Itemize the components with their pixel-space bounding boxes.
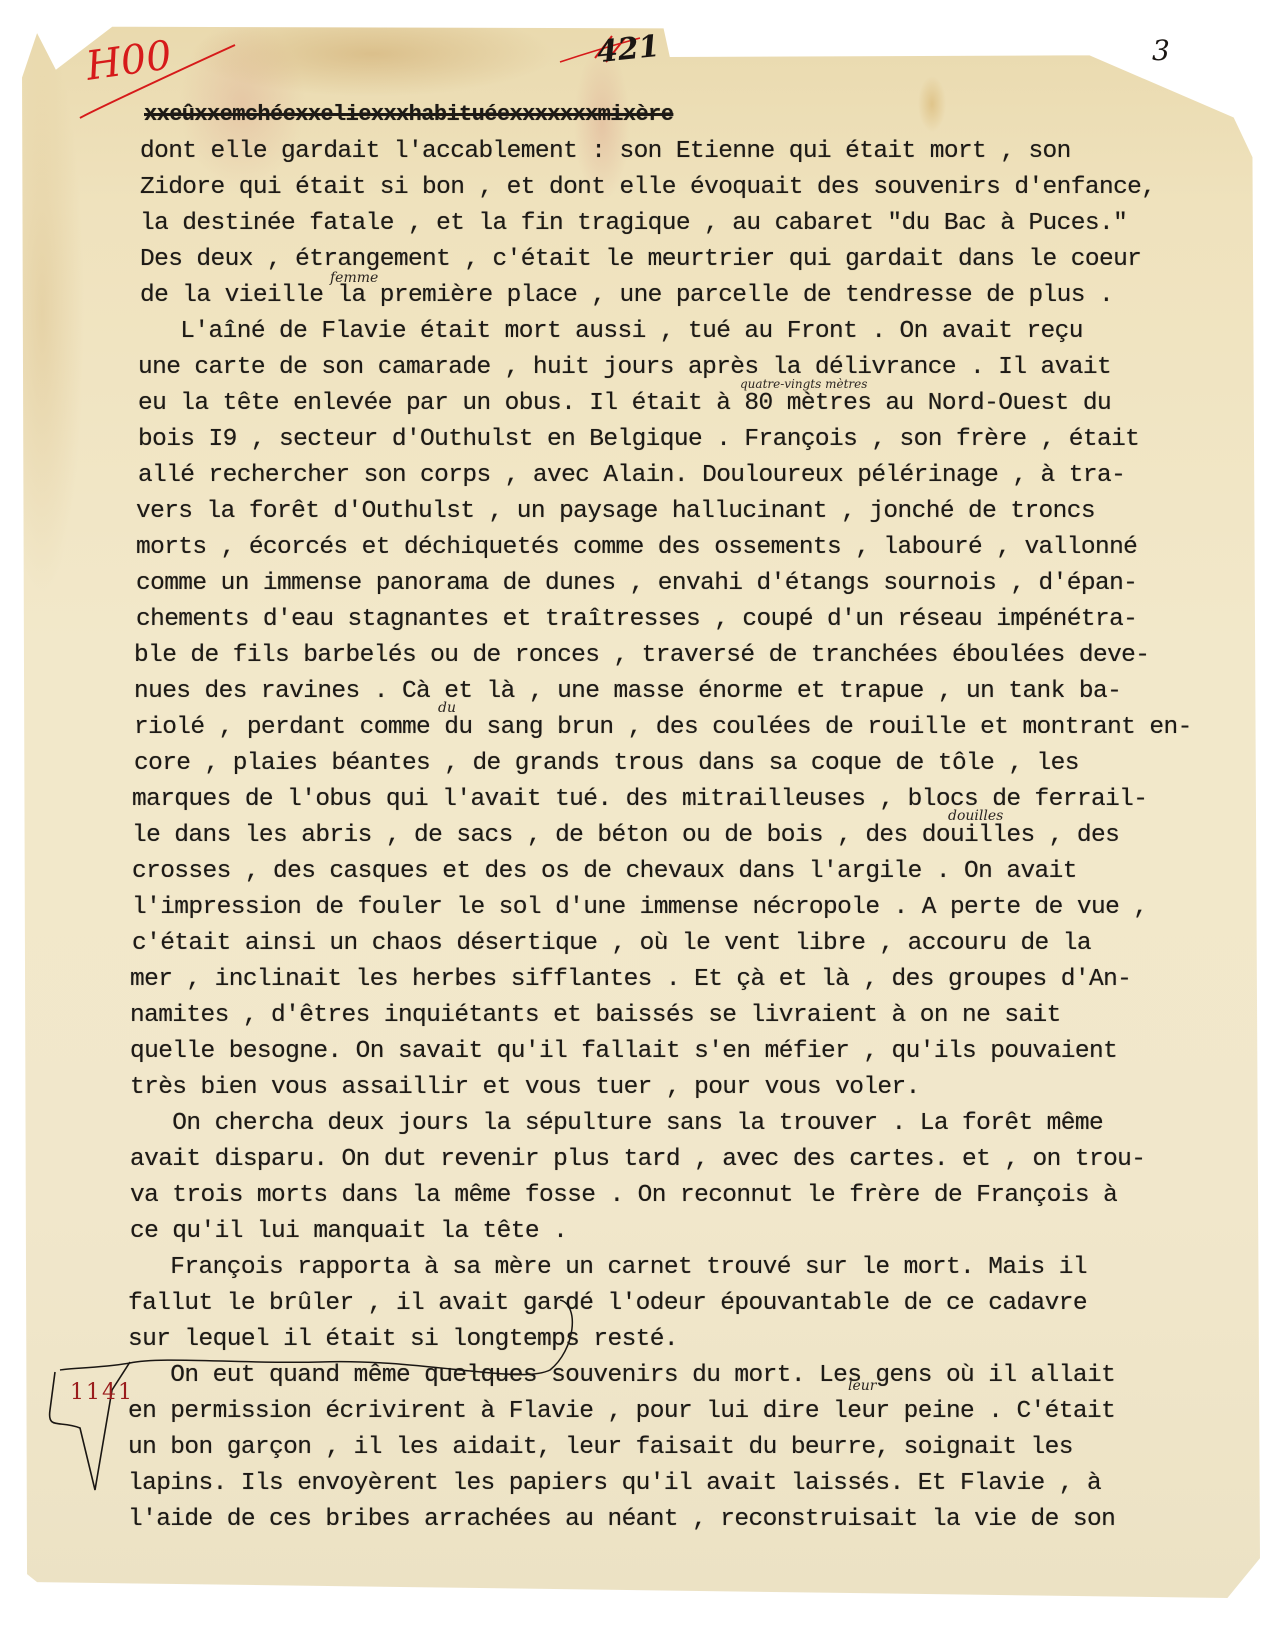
text-line: quelle besogne. On savait qu'il fallait … xyxy=(130,1040,1117,1065)
text-line: mer , inclinait les herbes sifflantes . … xyxy=(130,968,1131,993)
text-line: nues des ravines . Cà et là , une masse … xyxy=(134,680,1121,705)
handwritten-insertion: du xyxy=(438,700,456,716)
handwritten-insertion: femme xyxy=(330,270,378,286)
text-line: allé rechercher son corps , avec Alain. … xyxy=(138,464,1125,489)
text-line: chements d'eau stagnantes et traîtresses… xyxy=(136,608,1137,633)
handwritten-insertion: quatre-vingts mètres xyxy=(740,377,867,391)
text-line: le dans les abris , de sacs , de béton o… xyxy=(132,824,1119,849)
text-line: François rapporta à sa mère un carnet tr… xyxy=(128,1256,1087,1281)
text-line: très bien vous assaillir et vous tuer , … xyxy=(130,1076,920,1101)
text-line: vers la forêt d'Outhulst , un paysage ha… xyxy=(136,500,1095,525)
text-line: core , plaies béantes , de grands trous … xyxy=(134,752,1079,777)
text-line: va trois morts dans la même fosse . On r… xyxy=(130,1184,1117,1209)
text-line: un bon garçon , il les aidait, leur fais… xyxy=(128,1436,1073,1461)
text-line: L'aîné de Flavie était mort aussi , tué … xyxy=(138,320,1083,345)
struck-folio-number: 421 xyxy=(595,29,661,70)
text-line: dont elle gardait l'accablement : son Et… xyxy=(140,140,1071,165)
text-line: crosses , des casques et des os de cheva… xyxy=(132,860,1077,885)
handwritten-insertion: douilles xyxy=(948,808,1003,824)
text-line: en permission écrivirent à Flavie , pour… xyxy=(128,1400,1115,1425)
text-line: lapins. Ils envoyèrent les papiers qu'il… xyxy=(128,1472,1101,1497)
text-line: namites , d'êtres inquiétants et baissés… xyxy=(130,1004,1061,1029)
text-line: comme un immense panorama de dunes , env… xyxy=(136,572,1137,597)
text-line: Des deux , étrangement , c'était le meur… xyxy=(140,248,1141,273)
text-line: On chercha deux jours la sépulture sans … xyxy=(130,1112,1103,1137)
handwritten-insertion: leur xyxy=(848,1378,876,1394)
page-number: 3 xyxy=(1152,34,1170,67)
text-line: c'était ainsi un chaos désertique , où l… xyxy=(132,932,1091,957)
text-line: ce qu'il lui manquait la tête . xyxy=(130,1220,567,1245)
text-line: bois I9 , secteur d'Outhulst en Belgique… xyxy=(138,428,1139,453)
text-line: l'aide de ces bribes arrachées au néant … xyxy=(128,1508,1115,1533)
text-line: de la vieille la première place , une pa… xyxy=(140,284,1113,309)
struck-out-line: xxeûxxemchéexxeliexxxhabituéexxxxxxxmixè… xyxy=(144,104,673,126)
text-line: une carte de son camarade , huit jours a… xyxy=(138,356,1111,381)
text-line: Zidore qui était si bon , et dont elle é… xyxy=(140,176,1155,201)
text-line: l'impression de fouler le sol d'une imme… xyxy=(132,896,1147,921)
text-line: On eut quand même quelques souvenirs du … xyxy=(128,1364,1115,1389)
text-line: riolé , perdant comme du sang brun , des… xyxy=(134,716,1192,741)
text-line: eu la tête enlevée par un obus. Il était… xyxy=(138,392,1111,417)
text-line: morts , écorcés et déchiquetés comme des… xyxy=(136,536,1137,561)
text-line: la destinée fatale , et la fin tragique … xyxy=(140,212,1127,237)
margin-marker: 1141 xyxy=(70,1380,134,1405)
text-line: ble de fils barbelés ou de ronces , trav… xyxy=(134,644,1149,669)
text-line: avait disparu. On dut revenir plus tard … xyxy=(130,1148,1145,1173)
red-pencil-marks xyxy=(0,0,1280,160)
